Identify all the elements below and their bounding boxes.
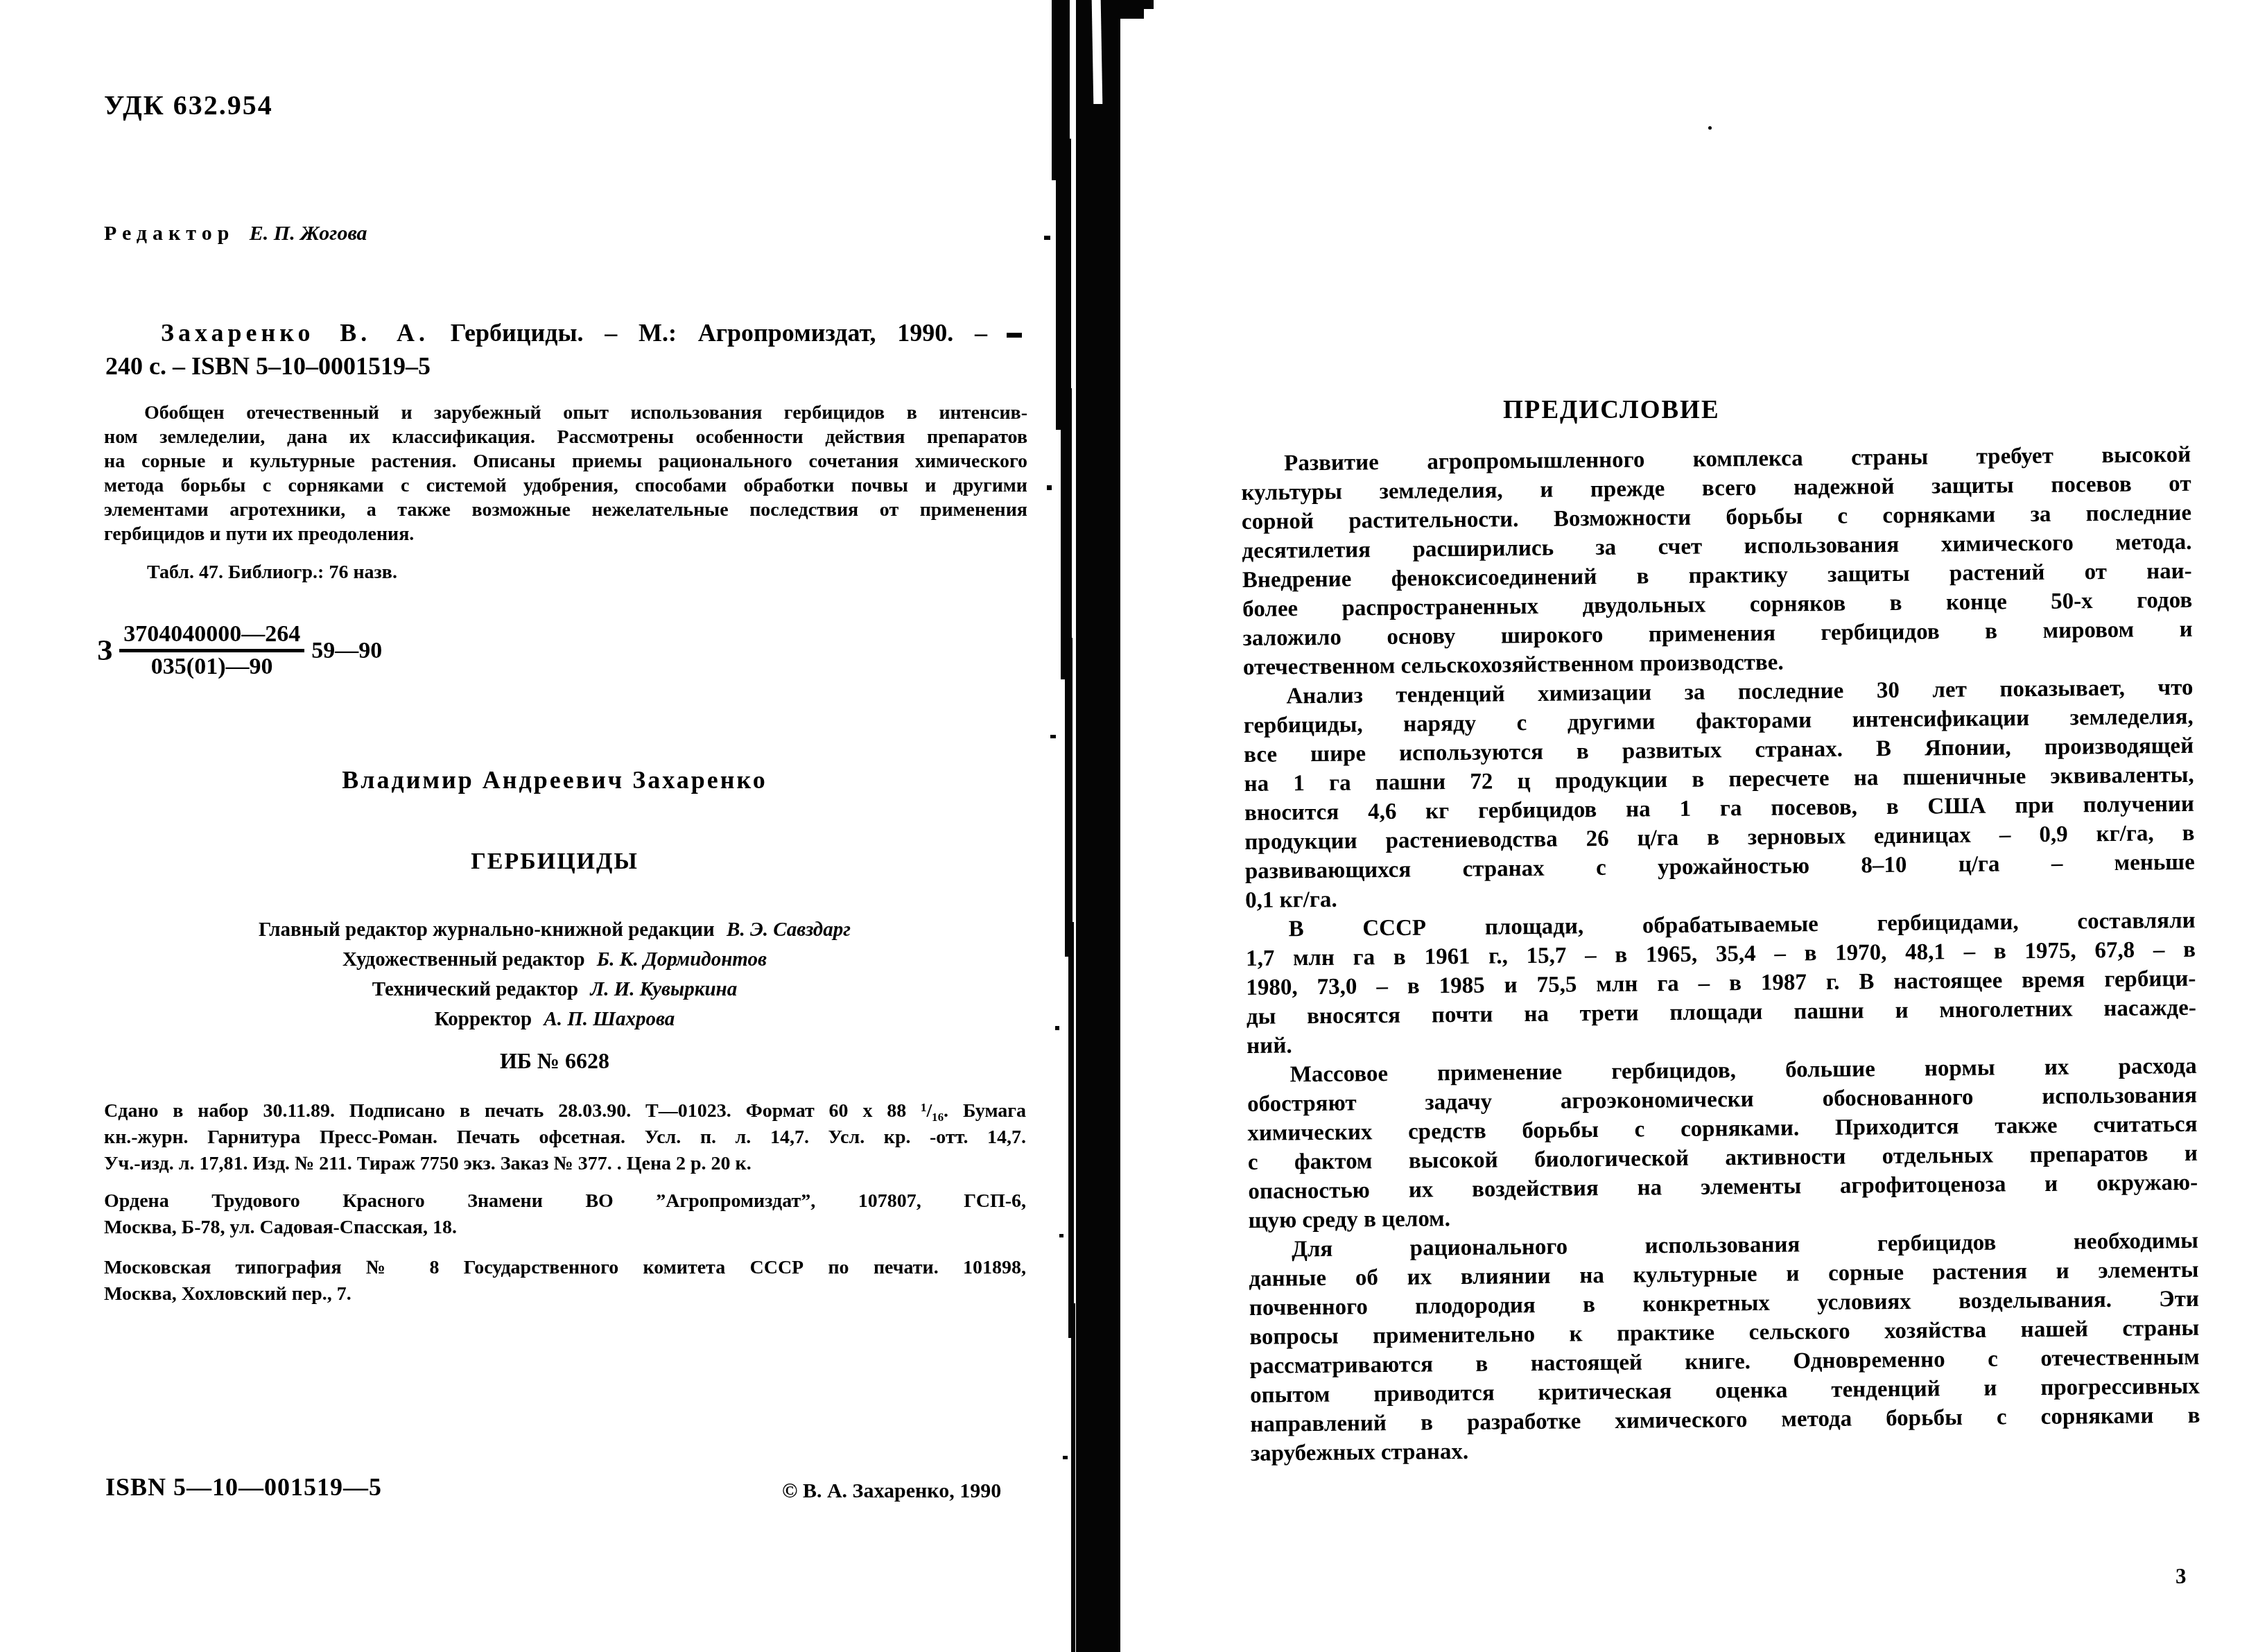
scanned-book-spread: { "left_page": { "udk": "УДК 632.954", "… [0,0,2258,1652]
preface-body: Развитие агропромышленного комплекса стр… [1241,440,2200,1468]
citation-imprint: – М.: Агропромиздат, 1990. – [605,319,987,347]
scan-speck [1059,1234,1063,1237]
isbn-number: ISBN 5—10—001519—5 [105,1472,382,1502]
catalog-prefix: З [97,634,112,668]
text-line: Москва, Хохловский пер., 7. [104,1281,1026,1307]
text-line: элементами агротехники, а также возможны… [104,498,1027,522]
text-line: метода борьбы с сорняками с системой удо… [104,473,1027,498]
text-line: Московская типография № 8 Государственно… [104,1255,1026,1281]
text-line: Ордена Трудового Красного Знамени ВО ”Аг… [104,1188,1026,1215]
citation-title: Гербициды. [451,319,584,347]
preface-paragraph: Массовое применение гербицидов, большие … [1247,1052,2198,1235]
printing-house: Московская типография № 8 Государственно… [104,1255,1026,1307]
preface-paragraph: Анализ тенденций химизации за последние … [1243,673,2195,915]
preface-paragraph: Развитие агропромышленного комплекса стр… [1241,440,2193,682]
preface-title: ПРЕДИСЛОВИЕ [1503,395,1720,425]
bibliography-note: Табл. 47. Библиогр.: 76 назв. [147,562,397,584]
staff-name: А. П. Шахрова [544,1008,675,1030]
catalog-numerator: 3704040000—264 [119,621,304,652]
catalog-denominator: 035(01)—90 [119,652,304,680]
preface-paragraph: Для рационального использования гербицид… [1249,1226,2200,1468]
scan-speck [1050,735,1056,738]
text-line: гербицидов и пути их преодоления. [104,522,1027,546]
staff-line-tech-editor: Технический редактор Л. И. Кувыркина [104,975,1005,1005]
text-line: ном земледелии, дана их классификация. Р… [104,425,1027,449]
gutter-ragged-edge [1056,139,1071,430]
staff-line-art-editor: Художественный редактор Б. К. Дормидонто… [104,945,1005,975]
editor-name: Е. П. Жогова [250,222,367,245]
scan-speck [1063,1456,1068,1459]
book-gutter [1076,0,1120,1652]
text-line: Москва, Б-78, ул. Садовая-Спасская, 18. [104,1215,1026,1241]
author-full-name: Владимир Андреевич Захаренко [104,765,1005,794]
gutter-ragged-edge [1068,922,1074,1338]
staff-line-chief-editor: Главный редактор журнально-книжной редак… [104,915,1005,945]
editor-label: Редактор [104,222,234,245]
citation-line-1: Захаренко В. А. Гербициды. – М.: Агропро… [105,316,987,349]
book-title: ГЕРБИЦИДЫ [104,849,1005,875]
text-line: Сдано в набор 30.11.89. Подписано в печа… [104,1098,1026,1124]
gutter-ragged-edge [1071,1303,1075,1652]
publisher-address: Ордена Трудового Красного Знамени ВО ”Аг… [104,1188,1026,1241]
staff-name: Б. К. Дормидонтов [597,948,767,971]
staff-name: В. Э. Савздарг [727,919,851,941]
text-line: на сорные и культурные растения. Описаны… [104,449,1027,473]
citation-line-2: 240 с. – ISBN 5–10–0001519–5 [105,349,987,383]
ib-number: ИБ № 6628 [104,1048,1005,1074]
annotation: Обобщен отечественный и зарубежный опыт … [104,401,1027,546]
scan-speck [1708,126,1712,130]
page-number: 3 [2176,1564,2187,1589]
catalog-suffix: 59—90 [311,638,382,664]
print-specs: Сдано в набор 30.11.89. Подписано в печа… [104,1098,1026,1177]
catalog-index: З 3704040000—264 035(01)—90 59—90 [97,621,382,680]
staff-role: Главный редактор журнально-книжной редак… [259,919,715,941]
text-line: Уч.-изд. л. 17,81. Изд. № 211. Тираж 775… [104,1151,1026,1177]
udk-number: УДК 632.954 [104,89,273,121]
scan-speck [1007,333,1022,338]
staff-role: Корректор [435,1008,532,1030]
preface-paragraph: В СССР площади, обрабатываемые гербицида… [1245,906,2196,1061]
editor-line: Редактор Е. П. Жогова [104,222,367,245]
gutter-white-slit [1092,0,1103,104]
text-line: кн.-журн. Гарнитура Пресс-Роман. Печать … [104,1124,1026,1151]
gutter-ragged-edge [1061,388,1072,679]
text-line: Обобщен отечественный и зарубежный опыт … [104,401,1027,425]
gutter-ragged-edge [1065,638,1072,957]
book-citation: Захаренко В. А. Гербициды. – М.: Агропро… [105,316,987,383]
staff-line-proofreader: Корректор А. П. Шахрова [104,1005,1005,1034]
gutter-top-smudge [1119,0,1144,19]
catalog-fraction: 3704040000—264 035(01)—90 [119,621,304,680]
scan-speck [1044,236,1050,240]
scan-speck [1047,485,1052,490]
copyright-notice: © В. А. Захаренко, 1990 [782,1479,1001,1503]
editorial-staff: Главный редактор журнально-книжной редак… [104,915,1005,1034]
staff-name: Л. И. Кувыркина [590,978,737,1000]
staff-role: Технический редактор [372,978,578,1000]
staff-role: Художественный редактор [342,948,585,971]
scan-speck [1055,1026,1059,1030]
citation-author: Захаренко В. А. [161,319,429,347]
